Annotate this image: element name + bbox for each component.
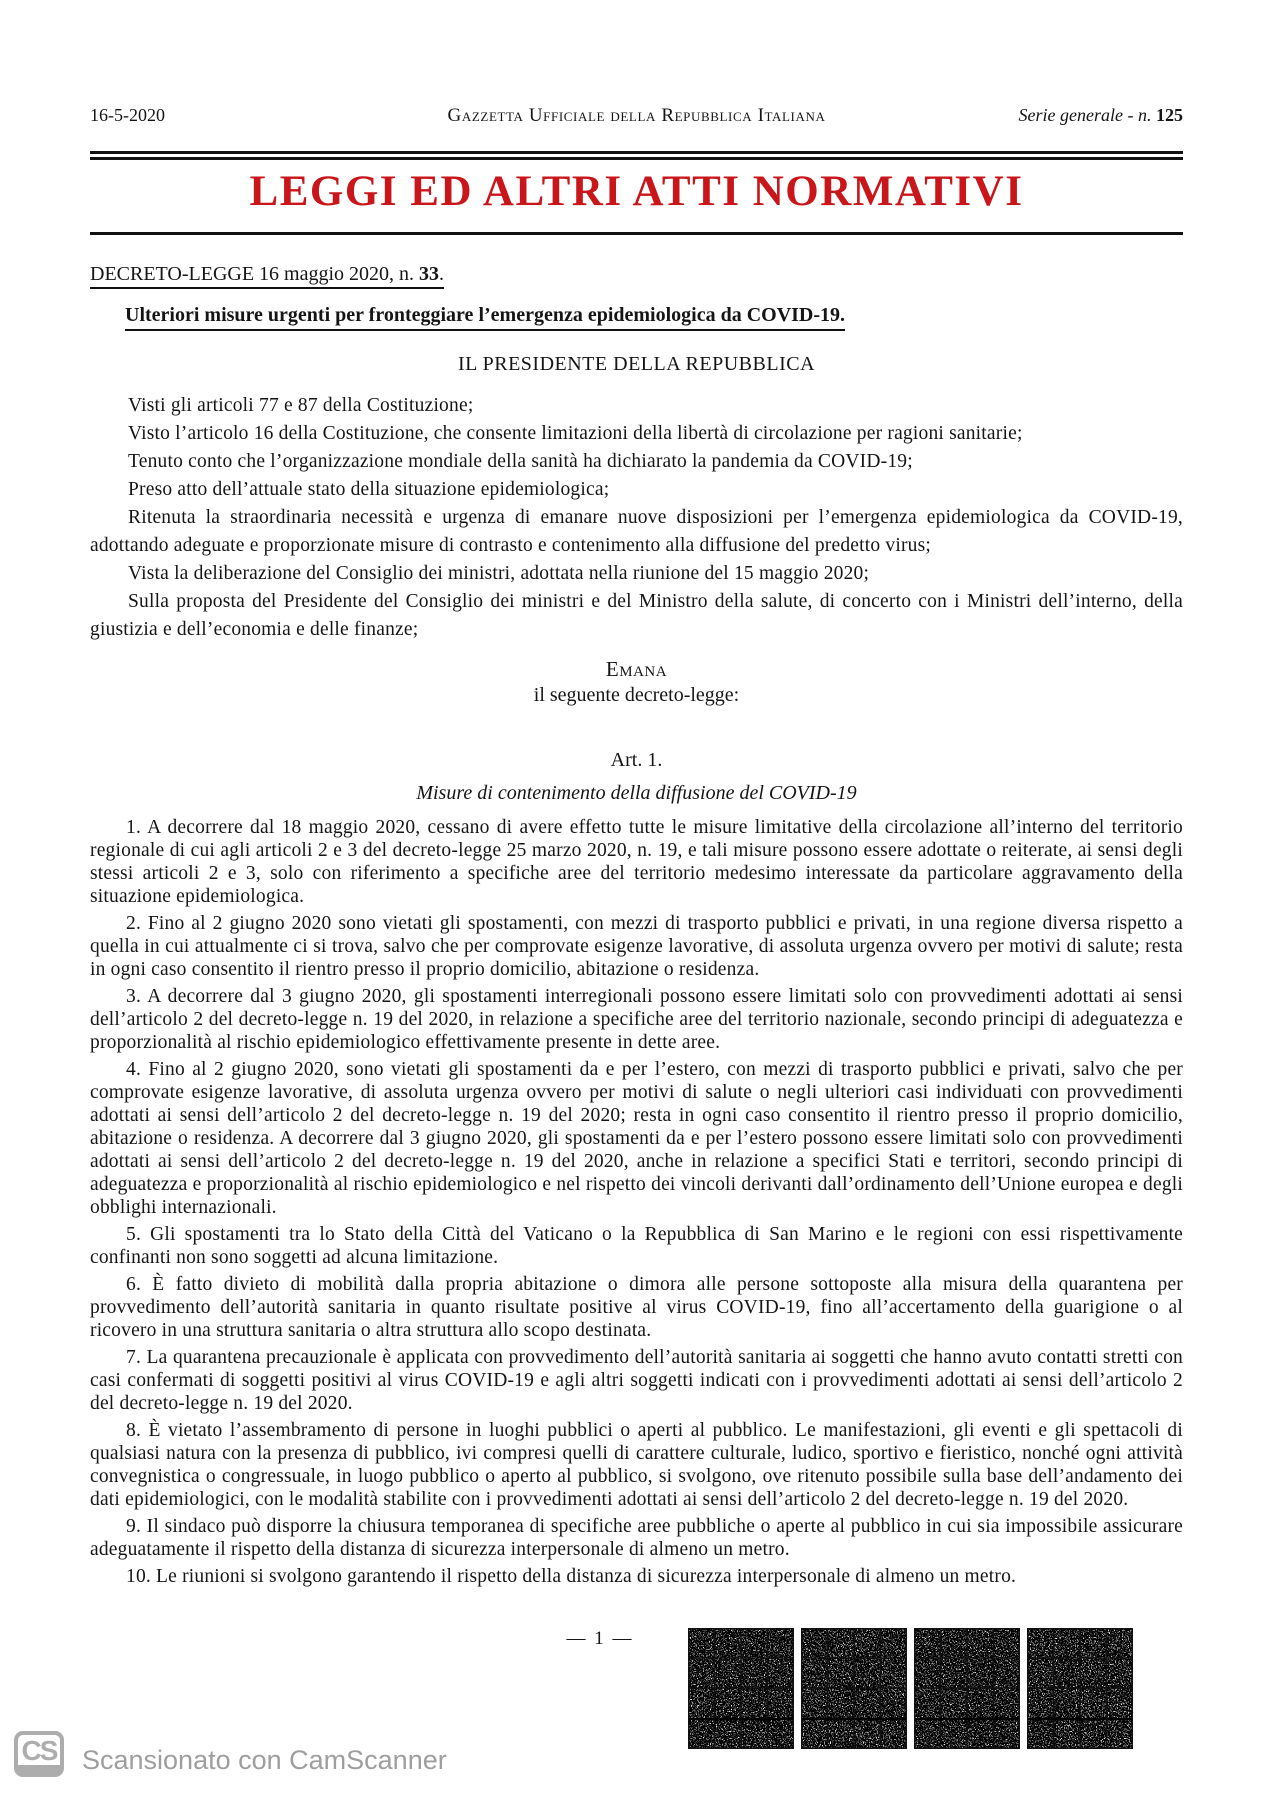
barcode-block-1 [688,1628,794,1749]
article-paragraph: 1. A decorrere dal 18 maggio 2020, cessa… [90,816,1183,908]
article-paragraph: 8. È vietato l’assembramento di persone … [90,1419,1183,1511]
page-column: 16-5-2020 Gazzetta Ufficiale della Repub… [90,0,1183,1588]
preamble-paragraph: Ritenuta la straordinaria necessità e ur… [90,504,1183,560]
double-rule [90,151,1183,160]
barcode-block-2 [801,1628,907,1749]
preamble-paragraph: Visti gli articoli 77 e 87 della Costitu… [90,392,1183,420]
decree-subtitle: Ulteriori misure urgenti per fronteggiar… [125,302,1183,328]
issue-reference: Serie generale - n. 125 [963,104,1183,126]
preamble-paragraph: Vista la deliberazione del Consiglio dei… [90,560,1183,588]
camscanner-watermark-text: Scansionato con CamScanner [82,1744,447,1776]
running-head: 16-5-2020 Gazzetta Ufficiale della Repub… [90,104,1183,127]
article-paragraph: 3. A decorrere dal 3 giugno 2020, gli sp… [90,985,1183,1054]
decree-heading-suffix: . [439,263,444,285]
article-title: Misure di contenimento della diffusione … [90,781,1183,805]
barcode-block-4 [1027,1628,1133,1749]
journal-title: Gazzetta Ufficiale della Repubblica Ital… [310,105,963,127]
banner-rule [90,232,1183,235]
preamble-paragraph: Tenuto conto che l’organizzazione mondia… [90,448,1183,476]
issue-date: 16-5-2020 [90,104,310,126]
section-banner-title: LEGGI ED ALTRI ATTI NORMATIVI [90,166,1183,218]
camscanner-logo-letters: CS [18,1734,60,1768]
decree-heading-prefix: DECRETO-LEGGE 16 maggio 2020, n. [90,263,419,285]
barcode-block-3 [914,1628,1020,1749]
issue-number: 125 [1156,105,1183,125]
camscanner-logo-bar [16,1765,62,1775]
camscanner-logo-icon: CS [14,1731,64,1777]
article-paragraph: 10. Le riunioni si svolgono garantendo i… [90,1565,1183,1588]
decree-heading: DECRETO-LEGGE 16 maggio 2020, n. 33. [90,261,1183,287]
article-paragraph: 2. Fino al 2 giugno 2020 sono vietati gl… [90,912,1183,981]
preamble-paragraph: Sulla proposta del Presidente del Consig… [90,588,1183,644]
emana-word: Emana [90,656,1183,682]
article-paragraph: 6. È fatto divieto di mobilità dalla pro… [90,1273,1183,1342]
article-paragraphs: 1. A decorrere dal 18 maggio 2020, cessa… [90,816,1183,1588]
article-paragraph: 4. Fino al 2 giugno 2020, sono vietati g… [90,1058,1183,1219]
article-paragraph: 5. Gli spostamenti tra lo Stato della Ci… [90,1223,1183,1269]
scanned-gazette-page: { "header": { "date": "16-5-2020", "jour… [0,0,1271,1797]
preamble-paragraph: Visto l’articolo 16 della Costituzione, … [90,420,1183,448]
article-number: Art. 1. [90,748,1183,772]
barcode-strip [688,1628,1133,1749]
decree-number: 33 [419,263,439,285]
emana-follow-line: il seguente decreto-legge: [90,682,1183,708]
article-paragraph: 7. La quarantena precauzionale è applica… [90,1346,1183,1415]
issue-series: Serie generale [1019,105,1123,125]
article-paragraph: 9. Il sindaco può disporre la chiusura t… [90,1515,1183,1561]
preamble-paragraph: Preso atto dell’attuale stato della situ… [90,476,1183,504]
issue-separator: - n. [1123,105,1156,125]
preamble: Visti gli articoli 77 e 87 della Costitu… [90,392,1183,644]
authority-line: IL PRESIDENTE DELLA REPUBBLICA [90,352,1183,376]
page-number: — 1 — [520,1628,680,1650]
